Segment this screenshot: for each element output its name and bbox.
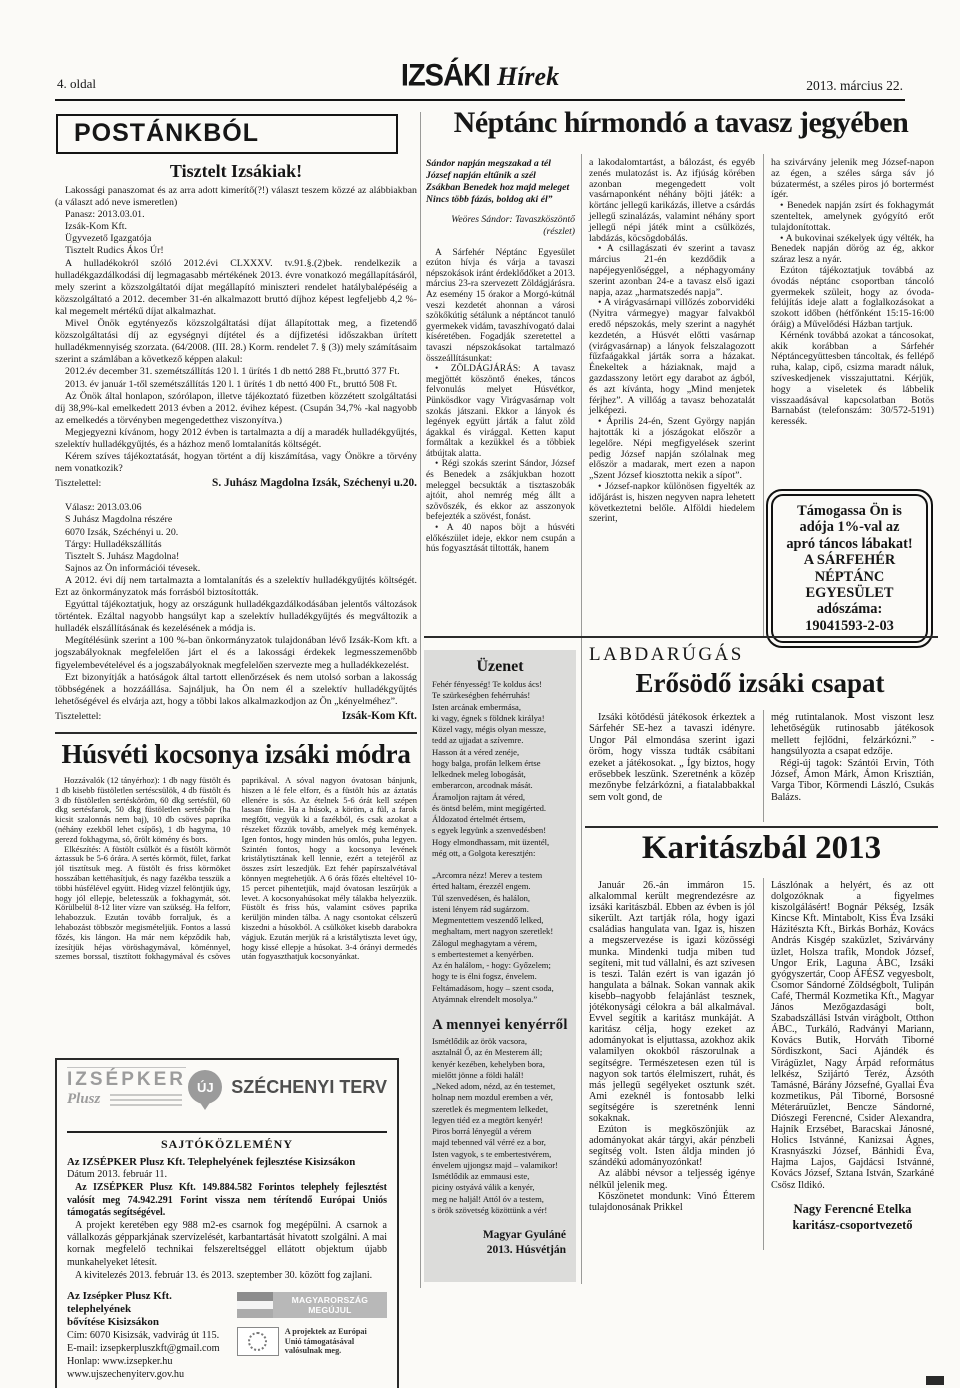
- reply-signature: Izsák-Kom Kft.: [342, 710, 417, 722]
- section-rule: [585, 826, 938, 828]
- letter-paragraph: 2012.év december 31. szemétszállítás 120…: [55, 366, 417, 378]
- poem-line: Ismétlődik az örök vacsora,: [432, 1036, 568, 1047]
- article-paragraph: • A 40 napos böjt a húsvéti előkészület …: [426, 523, 575, 555]
- masthead-title: IZSÁKI: [401, 59, 490, 95]
- article-paragraph: • A virágvasárnapi villőzés zoborvidéki …: [589, 298, 755, 417]
- contact-line: Honlap: www.izsepker.hu: [67, 1355, 237, 1368]
- ad-rule: [67, 1131, 387, 1133]
- donation-line: NÉPTÁNC: [775, 569, 924, 585]
- izsepker-logo: IZSÉPKER Plusz: [67, 1067, 186, 1109]
- megujul-badge-text: MAGYARORSZÁG MEGÚJUL: [273, 1292, 387, 1318]
- letter-paragraph: A hulladékokról szóló 2012.évi CLXXXV. t…: [55, 258, 417, 318]
- mennyei-poem: Ismétlődik az örök vacsora,asztalnál Ő, …: [432, 1036, 568, 1216]
- scan-artifact: [926, 1376, 944, 1385]
- donation-line: Támogassa Ön is: [775, 503, 924, 519]
- poem-line: Az én halálom, - hogy: Győzelem;: [432, 960, 568, 971]
- poem-line: Közel vagy, mégis olyan messze,: [432, 724, 568, 735]
- article-paragraph: Ezúton is megköszönjük az adományokat ak…: [589, 1124, 755, 1168]
- poem-line: piciny ostyává válik a kenyér,: [432, 1182, 568, 1193]
- karitasz-headline: Karitászbál 2013: [585, 830, 938, 867]
- signature-name: Nagy Ferencné Etelka: [771, 1201, 934, 1218]
- article-paragraph: a lakodalomtartást, a bálozást, és egyéb…: [589, 158, 755, 244]
- poem-line: kenyér kezében, kehelyben bora,: [432, 1059, 568, 1070]
- football-column-2: még rutintalanok. Most viszont lesz lehe…: [771, 712, 934, 803]
- header-rule: [55, 99, 905, 101]
- article-paragraph: • Régi szokás szerint Sándor, József és …: [426, 459, 575, 523]
- eu-badge-text: A projektek az Európai Unió támogatásáva…: [285, 1327, 385, 1356]
- article-paragraph: • A bukovinai székelyek úgy vélték, ha B…: [771, 234, 934, 266]
- article-paragraph: • ZÖLDÁGJÁRÁS: A tavasz megjöttét köszön…: [426, 364, 575, 459]
- letter-title: Tisztelt Izsákiak!: [55, 161, 417, 182]
- reply-line: Tárgy: Hulladékszállítás: [55, 539, 417, 551]
- izsepker-press-release: IZSÉPKER Plusz ÚJ SZÉCHENYI TERV SAJTÓKÖ…: [55, 1058, 399, 1388]
- ad-logo-row: IZSÉPKER Plusz ÚJ SZÉCHENYI TERV: [67, 1067, 387, 1123]
- letter-line: Panasz: 2013.03.01.: [55, 209, 417, 221]
- poem-line: asztalnál Ő, az én Mesterem áll;: [432, 1047, 568, 1058]
- magyarorszag-megujul-badge: MAGYARORSZÁG MEGÚJUL: [237, 1292, 387, 1318]
- mennyei-title: A mennyei kenyérről: [432, 1017, 568, 1034]
- article-paragraph: • A csillagászati év szerint a tavasz má…: [589, 244, 755, 298]
- poem-line: tedd az ujjadat a szívemre.: [432, 735, 568, 746]
- column-divider: [581, 154, 582, 1284]
- donation-line: apró táncos lábakat!: [775, 536, 924, 552]
- newspaper-page-4: 4. oldal IZSÁKIHírek 2013. március 22. P…: [0, 0, 960, 1388]
- letter-paragraph: Kérem szíves tájékoztatását, hogyan tört…: [55, 451, 417, 475]
- postankbol-section-box: POSTÁNKBÓL: [56, 114, 398, 154]
- reply-line: Tisztelt S. Juhász Magdolna!: [55, 551, 417, 563]
- column-divider: [763, 878, 764, 1250]
- press-release-subtitle: Az IZSÉPKER Plusz Kft. Telephelyének fej…: [67, 1156, 387, 1168]
- press-release-body: A projekt keretében egy 988 m2-es csarno…: [67, 1220, 387, 1269]
- letter-paragraph: 2013. év január 1-től szemétszállítás 12…: [55, 379, 417, 391]
- article-paragraph: Izsáki kötődésű játékosok érkeztek a Sár…: [589, 712, 755, 803]
- donation-line: adója 1%-val az: [775, 519, 924, 535]
- poem-line: érted haltam, érezzél engem.: [432, 881, 568, 892]
- reply-line: S Juhász Magdolna részére: [55, 514, 417, 526]
- masthead-subtitle: Hírek: [497, 62, 559, 91]
- press-release-lead: Az IZSÉPKER Plusz Kft. 149.884.582 Forin…: [67, 1182, 387, 1219]
- poem-line: Isten arcának embermása,: [432, 702, 568, 713]
- letter-line: Ügyvezető Igazgatója: [55, 233, 417, 245]
- poem-line: meghaltam, mert nagyon szeretlek!: [432, 926, 568, 937]
- uzenet-poem-box: Üzenet Fehér fényesség! Te koldus ács!Te…: [424, 650, 576, 1282]
- article-paragraph: • Április 24-én, Szent György napján haj…: [589, 417, 755, 482]
- article-paragraph: Ezúton tájékoztatjuk továbbá az óvodás n…: [771, 266, 934, 331]
- karitasz-signature: Nagy Ferencné Etelka karitász-csoportvez…: [771, 1201, 934, 1234]
- poem-line: s egyek legyünk a szenvedésben!: [432, 825, 568, 836]
- article-paragraph: még rutintalanok. Most viszont lesz lehe…: [771, 712, 934, 758]
- complaint-signature-row: Tisztelettel: S. Juhász Magdolna Izsák, …: [55, 477, 417, 490]
- letter-line: Tisztelt Rudics Ákos Úr!: [55, 245, 417, 257]
- poem-line: Te szürkeségben fehérruhás!: [432, 690, 568, 701]
- uzenet-stanza-2: „Arcomra nézz! Merev a testemérted halta…: [432, 870, 568, 1005]
- poem-line: Fehér fényesség! Te koldus ács!: [432, 679, 568, 690]
- complaint-header-lines: Panasz: 2013.03.01.Izsák-Kom Kft.Ügyveze…: [55, 209, 417, 257]
- ad-badges: MAGYARORSZÁG MEGÚJUL A projektek az Euró…: [237, 1292, 387, 1381]
- letter-paragraph: Megjegyezni kívánom, hogy 2012 évben is …: [55, 427, 417, 451]
- opening-poem: Sándor napján megszakad a télJózsef napj…: [426, 158, 575, 206]
- izsepker-logo-text: IZSÉPKER: [67, 1067, 186, 1091]
- contact-line: Cím: 6070 Kisizsák, vadvirág út 115.: [67, 1329, 237, 1342]
- poem-line: énvelem ujjongsz majd – valamikor!: [432, 1160, 568, 1171]
- press-release-title: SAJTÓKÖZLEMÉNY: [67, 1137, 387, 1152]
- contact-title: bővítése Kisizsákon: [67, 1316, 237, 1329]
- donation-line: EGYESÜLET: [775, 585, 924, 601]
- karitasz-column-2: Lászlónak a helyért, és az ott dolgozókn…: [771, 880, 934, 1234]
- eu-support-badge: A projektek az Európai Unió támogatásáva…: [237, 1327, 387, 1356]
- uzenet-title: Üzenet: [432, 658, 568, 676]
- szechenyi-pin-icon: ÚJ: [188, 1070, 222, 1104]
- donation-line: adószáma:: [775, 601, 924, 617]
- reply-closing-label: Tisztelettel:: [55, 711, 101, 723]
- reply-paragraph: Egyúttal tájékoztatjuk, hogy az országun…: [55, 599, 417, 635]
- poem-line: legyen tiéd ez a megtört kenyér!: [432, 1115, 568, 1126]
- press-release-body: A kivitelezés 2013. február 13. és 2013.…: [67, 1270, 387, 1282]
- football-headline: Erősödő izsáki csapat: [585, 668, 935, 699]
- poem-line: szeretlek és megmentem lelkedet,: [432, 1104, 568, 1115]
- football-column-1: Izsáki kötődésű játékosok érkeztek a Sár…: [589, 712, 755, 803]
- poem-line: Zsákban Benedek hoz majd meleget: [426, 182, 575, 194]
- article-paragraph: A Sárfehér Néptánc Egyesület ezúton hívj…: [426, 248, 575, 365]
- poem-line: Isten vagyok, s te embertestvérem,: [432, 1149, 568, 1160]
- reply-paragraph: A 2012. évi díj nem tartalmazta a lomtal…: [55, 575, 417, 599]
- complaint-signature: S. Juhász Magdolna Izsák, Széchenyi u.20…: [212, 477, 417, 489]
- poem-line: Megmentettem veszendő lelked,: [432, 915, 568, 926]
- poem-line: isteni lényem rád sugárzom.: [432, 904, 568, 915]
- donation-line: A SÁRFEHÉR: [775, 552, 924, 568]
- poem-line: Piros borrá lényegül a vérem: [432, 1126, 568, 1137]
- article-paragraph: Január 26.-án immáron 15. alkalommal ker…: [589, 880, 755, 1124]
- recipe-paragraph: Hozzávalók (12 tányérhoz): 1 db nagy füs…: [55, 776, 231, 845]
- reply-paragraph: Megítélésünk szerint a 100 %-ban önkormá…: [55, 635, 417, 671]
- poem-line: Zálogul meghagytam a vérem,: [432, 938, 568, 949]
- article-paragraph: ha szivárvány jelenik meg József-napon a…: [771, 158, 934, 201]
- contact-block: Az Izsépker Plusz Kft. telephelyének bőv…: [67, 1290, 237, 1381]
- poem-date: 2013. Húsvétján: [432, 1243, 566, 1258]
- poem-line: még ott, a Golgota keresztjén:: [432, 848, 568, 859]
- poem-line: s embertestemet a kenyérben.: [432, 949, 568, 960]
- karitasz-column-1: Január 26.-án immáron 15. alkalommal ker…: [589, 880, 755, 1258]
- recipe-body: Hozzávalók (12 tányérhoz): 1 db nagy füs…: [55, 776, 417, 1048]
- poem-line: és öntsd belém, mint megígérted.: [432, 803, 568, 814]
- column-divider: [420, 112, 421, 1288]
- tax-donation-text: Támogassa Ön isadója 1%-val azapró tánco…: [771, 494, 928, 643]
- reply-line: Sajnos az Ön információi tévesek.: [55, 563, 417, 575]
- reply-signature-row: Tisztelettel: Izsák-Kom Kft.: [55, 710, 417, 723]
- poem-line: Áldozatod értelmét értsem,: [432, 814, 568, 825]
- reply-header-lines: Válasz: 2013.03.06S Juhász Magdolna rész…: [55, 502, 417, 575]
- contact-title: Az Izsépker Plusz Kft. telephelyének: [67, 1290, 237, 1316]
- letter-line: Izsák-Kom Kft.: [55, 221, 417, 233]
- poem-line: lelkednek meleg lobogását,: [432, 769, 568, 780]
- contact-line: www.ujszechenyiterv.gov.hu: [67, 1368, 237, 1381]
- poem-signature: Magyar Gyuláné 2013. Húsvétján: [432, 1228, 568, 1258]
- recipe-headline: Húsvéti kocsonya izsáki módra: [55, 739, 417, 770]
- article-paragraph: Régi-új tagok: Szántói Ervin, Tóth Józse…: [771, 758, 934, 804]
- tax-donation-box: Támogassa Ön isadója 1%-val azapró tánco…: [766, 489, 933, 648]
- letter-paragraph: Mivel Önök egytényezős közszolgáltatási …: [55, 318, 417, 366]
- poem-line: „Neked adom, nézd, az én testemet,: [432, 1081, 568, 1092]
- press-release-date: Dátum 2013. február 11.: [67, 1169, 387, 1181]
- eu-flag-icon: [237, 1327, 279, 1356]
- article-paragraph: • József-napkor különösen figyelték az i…: [589, 482, 755, 525]
- poem-note: (részlet): [426, 226, 575, 238]
- poem-attribution: Weöres Sándor: Tavaszköszöntő (részlet): [426, 214, 575, 238]
- article-paragraph: Kérnénk továbbá azokat a táncosokat, aki…: [771, 331, 934, 428]
- izsepker-address-lines: [110, 1091, 182, 1109]
- poem-line: Nincs több fázás, boldog aki él”: [426, 194, 575, 206]
- karitasz-col2-body: Lászlónak a helyért, és az ott dolgozókn…: [771, 880, 934, 1191]
- reply-paragraph: Ezt bizonyítják a hatóságok által tartot…: [55, 672, 417, 708]
- poem-line: meg ne haljál! Attól óv a testem,: [432, 1194, 568, 1205]
- poem-line: Ismétlődik az emmausi este,: [432, 1171, 568, 1182]
- neptanc-column-1: Sándor napján megszakad a télJózsef napj…: [426, 158, 575, 555]
- poem-line: hogy te is élni fogsz, énvelem.: [432, 971, 568, 982]
- spacer: [55, 492, 417, 502]
- poem-line: Atyámnak elrendelt mosolya.”: [432, 994, 568, 1005]
- signature-role: karitász-csoportvezető: [771, 1217, 934, 1234]
- reply-paragraphs: A 2012. évi díj nem tartalmazta a lomtal…: [55, 575, 417, 708]
- hungarian-flag-icon: [237, 1292, 273, 1318]
- poem-line: emberarcon, arcodnak mását.: [432, 780, 568, 791]
- poem-author: Weöres Sándor: Tavaszköszöntő: [426, 214, 575, 226]
- poem-line: s örök szövetség közöttünk a vér!: [432, 1205, 568, 1216]
- poem-line: József napján eltűnik a szél: [426, 170, 575, 182]
- article-paragraph: Köszönetet mondunk: Vinó Étterem tulajdo…: [589, 1191, 755, 1213]
- izsepker-plusz-text: Plusz: [67, 1091, 100, 1108]
- article-paragraph: Lászlónak a helyért, és az ott dolgozókn…: [771, 880, 934, 1191]
- poem-line: ki vagy, égnek s földnek királya!: [432, 713, 568, 724]
- szechenyi-uj-label: ÚJ: [197, 1080, 214, 1095]
- poem-line: Áramoljon rajtam át véred,: [432, 792, 568, 803]
- neptanc-headline: Néptánc hírmondó a tavasz jegyében: [423, 106, 939, 140]
- szechenyi-terv-label: SZÉCHENYI TERV: [231, 1077, 387, 1098]
- ad-bottom-row: Az Izsépker Plusz Kft. telephelyének bőv…: [67, 1290, 387, 1381]
- poem-line: Hogy elmondhassam, mit üzentél,: [432, 837, 568, 848]
- poem-line: hogy balga, profán lelkem értse: [432, 758, 568, 769]
- reply-line: Válasz: 2013.03.06: [55, 502, 417, 514]
- poem-author: Magyar Gyuláné: [432, 1228, 566, 1243]
- article-paragraph: • Benedek napján zsírt és fokhagymát sze…: [771, 201, 934, 233]
- column-divider: [763, 710, 764, 822]
- poem-line: „Arcomra nézz! Merev a testem: [432, 870, 568, 881]
- poem-line: mielőtt jönne a földi halál!: [432, 1070, 568, 1081]
- donation-line: 19041593-2-03: [775, 618, 924, 634]
- section-rule: [424, 636, 938, 638]
- poem-line: Hasson át a véred zenéje,: [432, 747, 568, 758]
- neptanc-column-3: ha szivárvány jelenik meg József-napon a…: [771, 158, 934, 428]
- contact-line: E-mail: izsepkerpluszkft@gmail.com: [67, 1342, 237, 1355]
- complaint-paragraphs: A hulladékokról szóló 2012.évi CLXXXV. t…: [55, 258, 417, 476]
- column-divider: [763, 154, 764, 636]
- labdarugas-section-label: LABDARÚGÁS: [589, 644, 744, 666]
- letter-intro: Lakossági panaszomat és az arra adott ki…: [55, 185, 417, 209]
- poem-line: Feltámadásom, hogy – szent csoda,: [432, 983, 568, 994]
- section-rule: [55, 732, 417, 734]
- closing-label: Tisztelettel:: [55, 478, 101, 490]
- contact-lines: Cím: 6070 Kisizsák, vadvirág út 115.E-ma…: [67, 1329, 237, 1381]
- reply-line: 6070 Izsák, Széchényi u. 20.: [55, 527, 417, 539]
- postankbol-title: POSTÁNKBÓL: [74, 119, 259, 147]
- left-column: POSTÁNKBÓL Tisztelt Izsákiak! Lakossági …: [55, 112, 417, 1388]
- letter-paragraph: Az Önök által honlapon, szórólapon, ille…: [55, 391, 417, 427]
- neptanc-col1-body: A Sárfehér Néptánc Egyesület ezúton hívj…: [426, 248, 575, 555]
- article-paragraph: Az alábbi névsor a teljesség igénye nélk…: [589, 1168, 755, 1190]
- issue-date: 2013. március 22.: [806, 78, 903, 94]
- poem-line: majd tebenned vál vérré ez a bor,: [432, 1137, 568, 1148]
- poem-line: holnap nem mozdul eremben a vér,: [432, 1092, 568, 1103]
- uj-szechenyi-terv-logo: ÚJ SZÉCHENYI TERV: [188, 1070, 387, 1104]
- neptanc-column-2: a lakodalomtartást, a bálozást, és egyéb…: [589, 158, 755, 525]
- poem-line: Túl szenvedésen, és halálon,: [432, 893, 568, 904]
- uzenet-stanza-1: Fehér fényesség! Te koldus ács!Te szürke…: [432, 679, 568, 859]
- letter-body: Lakossági panaszomat és az arra adott ki…: [55, 185, 417, 723]
- poem-line: Sándor napján megszakad a tél: [426, 158, 575, 170]
